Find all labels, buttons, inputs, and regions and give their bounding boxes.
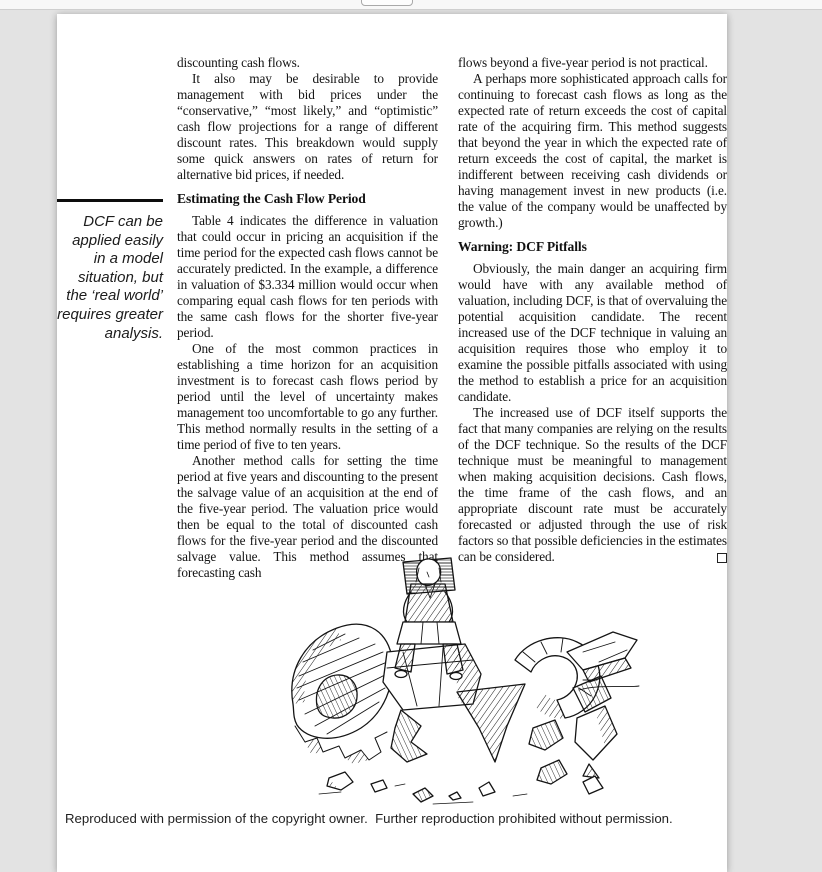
dcf-rocks-illustration	[283, 556, 643, 806]
paragraph: A perhaps more sophisticated approach ca…	[458, 71, 727, 231]
end-of-article-mark-icon	[717, 553, 727, 563]
screenshot-root: { "toolbar": { "note": "partially cut-of…	[0, 0, 822, 872]
paragraph: Table 4 indicates the difference in valu…	[177, 213, 438, 341]
pull-quote: DCF can be applied easily in a model sit…	[49, 213, 163, 343]
pull-quote-line: situation, but	[49, 269, 163, 288]
paragraph-text: The increased use of DCF itself supports…	[458, 405, 727, 564]
toolbar-partial-button[interactable]	[361, 0, 413, 6]
pull-quote-line: applied easily	[49, 232, 163, 251]
section-heading-estimating-cash-flow-period: Estimating the Cash Flow Period	[177, 191, 438, 207]
paragraph: It also may be desirable to provide mana…	[177, 71, 438, 183]
section-heading-warning-dcf-pitfalls: Warning: DCF Pitfalls	[458, 239, 727, 255]
pull-quote-line: DCF can be	[49, 213, 163, 232]
pull-quote-line: in a model	[49, 250, 163, 269]
pull-quote-line: analysis.	[49, 325, 163, 344]
browser-toolbar-strip	[0, 0, 822, 10]
pull-quote-divider	[57, 199, 163, 202]
article-column-left: discounting cash flows. It also may be d…	[177, 55, 438, 581]
paragraph: discounting cash flows.	[177, 55, 438, 71]
paragraph: One of the most common practices in esta…	[177, 341, 438, 453]
pull-quote-line: requires greater	[49, 306, 163, 325]
article-column-right: flows beyond a five-year period is not p…	[458, 55, 727, 565]
document-page: DCF can be applied easily in a model sit…	[57, 14, 727, 872]
copyright-caption: Reproduced with permission of the copyri…	[65, 811, 725, 826]
pull-quote-line: the ‘real world’	[49, 287, 163, 306]
paragraph: The increased use of DCF itself supports…	[458, 405, 727, 565]
paragraph: flows beyond a five-year period is not p…	[458, 55, 727, 71]
paragraph: Obviously, the main danger an acquiring …	[458, 261, 727, 405]
